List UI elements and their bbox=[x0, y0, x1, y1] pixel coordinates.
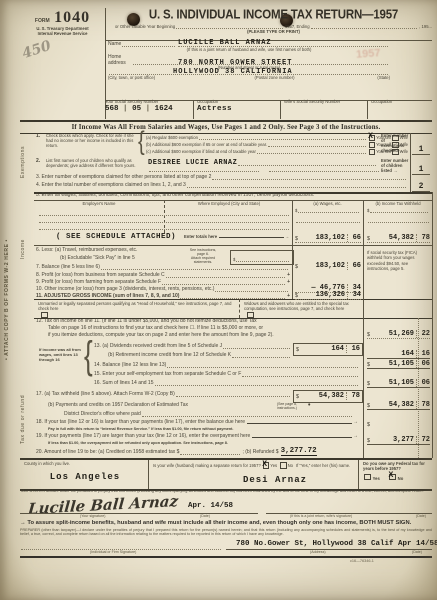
line18-row: 18. If your tax (line 12 or 16) is large… bbox=[36, 420, 358, 426]
line16-value: 51,105 bbox=[371, 379, 414, 387]
owe-answer-row: Yes X No bbox=[363, 474, 429, 482]
margin-label-tax-due: Tax due or refund bbox=[20, 386, 26, 452]
children-names: DESIREE LUCIE ARNAZ bbox=[148, 159, 237, 167]
col-employer-header: Employer's Name bbox=[34, 202, 164, 207]
address-label: (Address) bbox=[310, 550, 326, 554]
date-label: (Date) bbox=[416, 514, 426, 518]
line7-text: 7. Balance (line 5 less line 6) bbox=[36, 265, 100, 271]
form-number-block: FORM 1040 U. S. Treasury Department Inte… bbox=[20, 9, 105, 37]
line2-names-row: DESIREE LUCIE ARNAZ bbox=[148, 159, 378, 167]
divider bbox=[34, 245, 432, 246]
city-hint: (City, town, or post office) bbox=[108, 76, 155, 81]
x-mark: X bbox=[368, 132, 373, 141]
tax-section: 12. Tax on income on line 11. (If line 1… bbox=[34, 318, 433, 458]
line19-text: 19. If your payments (line 17) are large… bbox=[36, 434, 250, 440]
line12-value: 51,269 bbox=[371, 330, 414, 338]
date-label: (Date) bbox=[200, 514, 210, 518]
wife-question-text: Is your wife (husband) making a separate… bbox=[153, 464, 261, 469]
form-header: FORM 1040 U. S. Treasury Department Inte… bbox=[20, 8, 432, 40]
line17b-cents: 78 bbox=[416, 401, 430, 409]
line12-text-b: Table on page 16 of instructions to find… bbox=[48, 326, 263, 332]
name-label: Name bbox=[108, 42, 121, 48]
widow-cell: Widows and widowers who are entitled to … bbox=[244, 302, 360, 318]
enter-totals-label: Enter totals here bbox=[184, 235, 217, 240]
note-line: statements. bbox=[182, 260, 224, 264]
line20-row: 20. Amount of line 19 to be: (a) Credite… bbox=[36, 449, 430, 456]
no-checkbox bbox=[280, 462, 287, 469]
scanned-tax-form-1040: 450 1957 • ATTACH COPY B OF FORMS W-2 HE… bbox=[0, 0, 437, 600]
divider bbox=[148, 460, 149, 489]
your-signature-label: (Your signature) bbox=[80, 514, 105, 518]
bottom-rule bbox=[20, 556, 432, 558]
yourself-checkbox bbox=[369, 142, 376, 149]
ssn-part2: 05 bbox=[132, 105, 141, 113]
form-label: FORM bbox=[35, 18, 50, 24]
line3-text: 3. Enter number of exemptions claimed fo… bbox=[36, 175, 211, 181]
line6-amount-box: $ bbox=[230, 250, 294, 265]
withheld-total-cents: 78 bbox=[416, 234, 430, 242]
yes-label: Yes bbox=[270, 464, 277, 469]
ssn-cell: Your Social Security Number 568 | 05 | 1… bbox=[105, 100, 190, 113]
line17b-note: (See page 8, instructions.) bbox=[272, 402, 302, 410]
income-section: 5. Enter all wages, salaries, bonuses, c… bbox=[34, 192, 433, 300]
line1-abc: (a) Regular $600 exemption X Yourself Wi… bbox=[146, 134, 408, 155]
taxable-year-begin-label: or Other Taxable Year Beginning bbox=[115, 25, 175, 30]
line17c-text: District Director's office where paid bbox=[64, 412, 141, 418]
wife-return-question: Is your wife (husband) making a separate… bbox=[153, 462, 355, 469]
total-exemptions-value: 2 bbox=[412, 182, 430, 192]
occupation-cell: Occupation Actress bbox=[197, 100, 277, 113]
line17a-row: 17. (a) Tax withheld (line 5 above). Att… bbox=[36, 392, 292, 398]
form-number: 1040 bbox=[54, 9, 90, 26]
blank-withheld-cell: $ bbox=[367, 209, 430, 214]
line8-row: 8. Profit (or loss) from business from s… bbox=[36, 273, 290, 279]
col-withheld-header: (b) Income Tax Withheld bbox=[365, 202, 431, 207]
wife-name-value: Desi Arnaz bbox=[220, 475, 330, 485]
children-listed-value: 1 bbox=[412, 165, 430, 175]
wages-total-value: 183,102 bbox=[299, 234, 345, 242]
state-hint: (State) bbox=[377, 76, 390, 81]
line17b-value: 54,382 bbox=[371, 401, 414, 409]
fica-note: If social security tax (FICA) withheld f… bbox=[367, 250, 429, 272]
arrow-icon: → bbox=[353, 434, 358, 440]
line10-text: 10. Other income (or loss) from page 3 (… bbox=[36, 287, 214, 293]
divider bbox=[367, 100, 368, 119]
no-label: No bbox=[288, 464, 293, 469]
line13a-value: 164 bbox=[300, 345, 344, 353]
wife-occupation-label: Occupation bbox=[371, 100, 429, 105]
line11-value: 136,326 bbox=[299, 291, 345, 299]
withheld-total-value: 54,382 bbox=[371, 234, 414, 242]
pencil-note: 450 bbox=[20, 38, 53, 62]
note-text: Enter number of exemptions checked bbox=[381, 133, 408, 153]
line13a-cents: 16 bbox=[346, 345, 360, 353]
divider bbox=[269, 170, 379, 172]
preparer-address-line bbox=[226, 549, 432, 550]
line7-cents: 66 bbox=[347, 262, 361, 270]
line14-cents: 06 bbox=[416, 360, 430, 368]
status-row: Unmarried or legally separated persons q… bbox=[34, 299, 433, 319]
no-checkbox: X bbox=[389, 474, 396, 481]
line7-amount: $183,10266 bbox=[295, 262, 361, 270]
type-or-print-note: (PLEASE TYPE OR PRINT) bbox=[115, 30, 432, 35]
line13b-text: (b) Retirement income credit from line 1… bbox=[108, 353, 231, 359]
attach-w2-margin-note: • ATTACH COPY B OF FORMS W-2 HERE • bbox=[4, 150, 10, 450]
name-value: LUCILLE BALL ARNAZ bbox=[178, 41, 272, 47]
wages-total-cents: 66 bbox=[347, 234, 361, 242]
line17a-box: $54,38278 bbox=[293, 390, 363, 403]
line17b-amount: $54,38278 bbox=[367, 401, 430, 410]
x-mark: X bbox=[389, 471, 394, 480]
omit-lines-note: If income was all from wages, omit lines… bbox=[39, 348, 81, 362]
line9-row: 9. Profit (or loss) from farming from se… bbox=[36, 280, 290, 286]
head-of-household-cell: Unmarried or legally separated persons q… bbox=[38, 302, 235, 318]
line14-text: 14. Balance (line 12 less line 13) bbox=[94, 363, 166, 369]
margin-label-income: Income bbox=[20, 218, 26, 280]
wages-total: $183,10266 bbox=[295, 234, 361, 243]
line2-number: 2. bbox=[36, 159, 40, 165]
no-label: No bbox=[398, 476, 404, 481]
see-schedule-attached: ( SEE SCHEDULE ATTACHED) bbox=[56, 233, 176, 241]
line15-row: 15. Enter your self-employment tax from … bbox=[94, 372, 360, 378]
yes-label: Yes bbox=[373, 476, 380, 481]
divider bbox=[239, 299, 240, 318]
line17c-row: District Director's office where paid bbox=[64, 412, 354, 418]
line12-amount: $51,26922 bbox=[367, 330, 430, 339]
divider bbox=[280, 100, 281, 119]
children-listed-note: Enter number of children listed → bbox=[381, 159, 409, 174]
line1-number: 1. bbox=[36, 134, 40, 140]
wife-ssn-label: Wife's Social Security Number bbox=[284, 100, 364, 105]
exemptions-section: 1. Check blocks which apply. Check for w… bbox=[34, 133, 432, 194]
line8-text: 8. Profit (or loss) from business from s… bbox=[36, 273, 165, 279]
print-code: c16—76346-1 bbox=[350, 559, 374, 563]
line13a-amount: $16416 bbox=[294, 344, 362, 354]
divider bbox=[363, 200, 364, 299]
identity-block: Name LUCILLE BALL ARNAZ (If this is a jo… bbox=[108, 42, 390, 100]
line5-text: 5. Enter all wages, salaries, bonuses, c… bbox=[36, 193, 430, 199]
blank-wages-cell: $ bbox=[295, 209, 361, 214]
line13a-row: 13. (a) Dividends received credit from l… bbox=[94, 344, 292, 350]
preparer-address-value: 780 No.Gower St, Hollywood 38 Calif Apr … bbox=[236, 540, 437, 548]
line10-row: 10. Other income (or loss) from page 3 (… bbox=[36, 287, 290, 293]
occupation-value: Actress bbox=[197, 105, 277, 113]
owe-tax-question: Do you owe any Federal tax for years bef… bbox=[363, 462, 429, 482]
form-title: U. S. INDIVIDUAL INCOME TAX RETURN—1957 bbox=[115, 8, 432, 22]
line6b-text: (b) Excludable “Sick Pay” in line 5 bbox=[60, 256, 135, 262]
city-hints: (City, town, or post office) (Postal zon… bbox=[108, 76, 390, 81]
yes-checkbox bbox=[364, 474, 371, 481]
date-label: (Date) bbox=[412, 550, 422, 554]
preparer-block: PREPARER (other than taxpayer)—I declare… bbox=[20, 528, 432, 537]
yourself-checkbox bbox=[369, 149, 376, 156]
col-where-header: Where Employed (City and State) bbox=[166, 202, 292, 207]
line14-row: 14. Balance (line 12 less line 13) bbox=[94, 363, 360, 369]
line19-row: 19. If your payments (line 17) are large… bbox=[36, 434, 358, 440]
divider bbox=[363, 299, 364, 318]
x-mark: X bbox=[262, 460, 267, 469]
firm-signature-label: (Individual or Firm Signature) bbox=[90, 550, 136, 554]
line19-note: If less than $1.00, the overpayment will… bbox=[48, 441, 228, 445]
line18-amount: $ bbox=[367, 422, 430, 428]
enter-totals-here: Enter totals here → bbox=[184, 235, 289, 240]
ssn-row: Your Social Security Number 568 | 05 | 1… bbox=[105, 100, 432, 119]
taxpayer-declaration-text: TAXPAYER—I declare under the penalties o… bbox=[20, 489, 432, 494]
arrow-icon: → bbox=[393, 168, 397, 173]
line18-text: 18. If your tax (line 12 or 16) is large… bbox=[36, 420, 245, 426]
line20-refund-value: 3,277.72 bbox=[281, 449, 317, 456]
county-value: Los Angeles bbox=[30, 472, 140, 482]
withheld-total: $54,38278 bbox=[367, 234, 430, 243]
agency-line2: Internal Revenue Service bbox=[20, 32, 105, 37]
blank-entry-line bbox=[39, 228, 289, 230]
line12-text-c: if you itemize deductions, compute your … bbox=[48, 333, 274, 339]
taxpayer-declaration: TAXPAYER—I declare under the penalties o… bbox=[20, 489, 432, 494]
ssn-value: 568 | 05 | 1624 bbox=[105, 105, 190, 113]
line13a-text: 13. (a) Dividends received credit from l… bbox=[94, 344, 222, 350]
taxable-year-end-label: , 195... bbox=[419, 25, 432, 30]
owe-question-text: Do you owe any Federal tax for years bef… bbox=[363, 461, 425, 471]
split-income-note: → To assure split-income benefits, husba… bbox=[20, 520, 432, 526]
line9-text: 9. Profit (or loss) from farming from se… bbox=[36, 280, 161, 286]
zone-hint: (Postal zone number) bbox=[255, 76, 295, 81]
divider bbox=[149, 170, 259, 172]
address-value: 780 NORTH GOWER STREET bbox=[178, 61, 292, 67]
line4-row: 4. Enter the total number of exemptions … bbox=[36, 183, 408, 189]
brace: { bbox=[84, 332, 93, 379]
widow-text: Widows and widowers who are entitled to … bbox=[244, 302, 360, 312]
address-label: Home address bbox=[108, 55, 132, 67]
wife-signature-label: (If this is a joint return, wife's signa… bbox=[290, 514, 352, 518]
divider bbox=[410, 133, 411, 192]
line2-text: List first names of your children who qu… bbox=[46, 159, 146, 169]
line1-text: Check blocks which apply. Check for wife… bbox=[46, 134, 139, 149]
brace: { bbox=[138, 128, 145, 158]
line1c-label: (c) Additional $600 exemption if blind a… bbox=[146, 150, 256, 155]
exemptions-checked-value: 1 bbox=[412, 145, 430, 155]
divider bbox=[358, 460, 359, 489]
line1b-row: (b) Additional $600 exemption if 65 or o… bbox=[146, 141, 408, 148]
hoh-text: Unmarried or legally separated persons q… bbox=[38, 302, 235, 312]
ssn-part1: 568 bbox=[105, 105, 119, 113]
line19-amount: $3,27772 bbox=[367, 436, 430, 445]
line11-cents: 34 bbox=[347, 291, 361, 299]
line16-text: 16. Sum of lines 14 and 15 bbox=[94, 381, 154, 387]
line6-note: See instructions, page 6. Attach require… bbox=[182, 248, 224, 264]
line12-text-a: 12. Tax on income on line 11. (If line 1… bbox=[36, 319, 257, 325]
blank-entry-line bbox=[39, 221, 289, 223]
name-hint: (If this is a joint return of husband an… bbox=[108, 48, 390, 53]
line16-row: 16. Sum of lines 14 and 15 bbox=[94, 381, 360, 387]
divider bbox=[193, 100, 194, 119]
line7-row: 7. Balance (line 5 less line 6) bbox=[36, 265, 290, 271]
line15-text: 15. Enter your self-employment tax from … bbox=[94, 372, 241, 378]
line13-value: 164 bbox=[367, 350, 414, 358]
line3-row: 3. Enter number of exemptions claimed fo… bbox=[36, 175, 408, 181]
col-wages-header: (a) Wages, etc. bbox=[293, 202, 362, 207]
line19-value: 3,277 bbox=[371, 436, 414, 444]
exemptions-checked-note: Enter number of exemptions checked → bbox=[381, 134, 409, 154]
arrow-icon: → bbox=[353, 420, 358, 426]
line13-amount: 16416 bbox=[367, 350, 430, 359]
address-row: Home address 780 NORTH GOWER STREET bbox=[108, 55, 390, 67]
city-value: HOLLYWOOD 38 CALIFORNIA bbox=[173, 70, 293, 76]
signature-date-value: Apr. 14/58 bbox=[188, 502, 233, 510]
line7-value: 183,102 bbox=[299, 262, 345, 270]
line20-refunded-label: ; (b) Refunded $ bbox=[242, 450, 278, 456]
yes-checkbox: X bbox=[263, 462, 270, 469]
bullet-icon: • bbox=[308, 402, 310, 409]
yourself-checkbox: X bbox=[369, 135, 376, 142]
line18-note: Pay in full with this return to “Interna… bbox=[48, 427, 233, 431]
divider bbox=[363, 318, 364, 458]
ssn-part3: 1624 bbox=[155, 105, 173, 113]
line17a-value: 54,382 bbox=[300, 392, 344, 400]
county-row: County in which you live. Los Angeles Is… bbox=[20, 458, 432, 491]
blank-entry-line bbox=[39, 214, 289, 216]
line13-cents: 16 bbox=[416, 350, 430, 358]
blank-entry-line bbox=[296, 221, 360, 223]
line17a-amount: $54,38278 bbox=[294, 391, 362, 401]
title-block: U. S. INDIVIDUAL INCOME TAX RETURN—1957 … bbox=[115, 8, 432, 35]
margin-label-exemptions: Exemptions bbox=[20, 133, 26, 191]
blank-entry-line bbox=[368, 221, 429, 223]
signature-line bbox=[20, 513, 258, 514]
line4-text: 4. Enter the total number of exemptions … bbox=[36, 183, 186, 189]
line16-amount: $51,10506 bbox=[367, 379, 430, 388]
line20-text: 20. Amount of line 19 to be: (a) Credite… bbox=[36, 450, 179, 456]
line19-cents: 72 bbox=[416, 436, 430, 444]
line13b-row: (b) Retirement income credit from line 1… bbox=[108, 353, 292, 359]
line17a-text: 17. (a) Tax withheld (line 5 above). Att… bbox=[36, 392, 175, 398]
line17b-text: (b) Payments and credits on 1957 Declara… bbox=[48, 403, 188, 409]
line1b-label: (b) Additional $600 exemption if 65 or o… bbox=[146, 143, 267, 148]
line16-cents: 06 bbox=[416, 379, 430, 387]
line13a-box: $16416 bbox=[293, 343, 363, 356]
arrow-icon: → bbox=[399, 148, 403, 153]
county-label: County in which you live. bbox=[24, 462, 70, 467]
line14-value: 51,105 bbox=[371, 360, 414, 368]
note-line: instructions.) bbox=[272, 406, 302, 410]
line1c-row: (c) Additional $600 exemption if blind a… bbox=[146, 148, 408, 155]
arrow-icon: → bbox=[285, 235, 289, 240]
line12-cents: 22 bbox=[416, 330, 430, 338]
if-yes-text: If “Yes,” enter her (his) name. bbox=[296, 464, 350, 469]
line6a-text: 6. Less: (a) Travel, reimbursed expenses… bbox=[36, 248, 137, 254]
line14-amount: $51,10506 bbox=[367, 360, 430, 369]
line1a-label: (a) Regular $600 exemption bbox=[146, 136, 198, 141]
line1a-row: (a) Regular $600 exemption X Yourself Wi… bbox=[146, 134, 408, 141]
preparer-declaration-text: PREPARER (other than taxpayer)—I declare… bbox=[20, 528, 432, 537]
line17a-cents: 78 bbox=[346, 392, 360, 400]
